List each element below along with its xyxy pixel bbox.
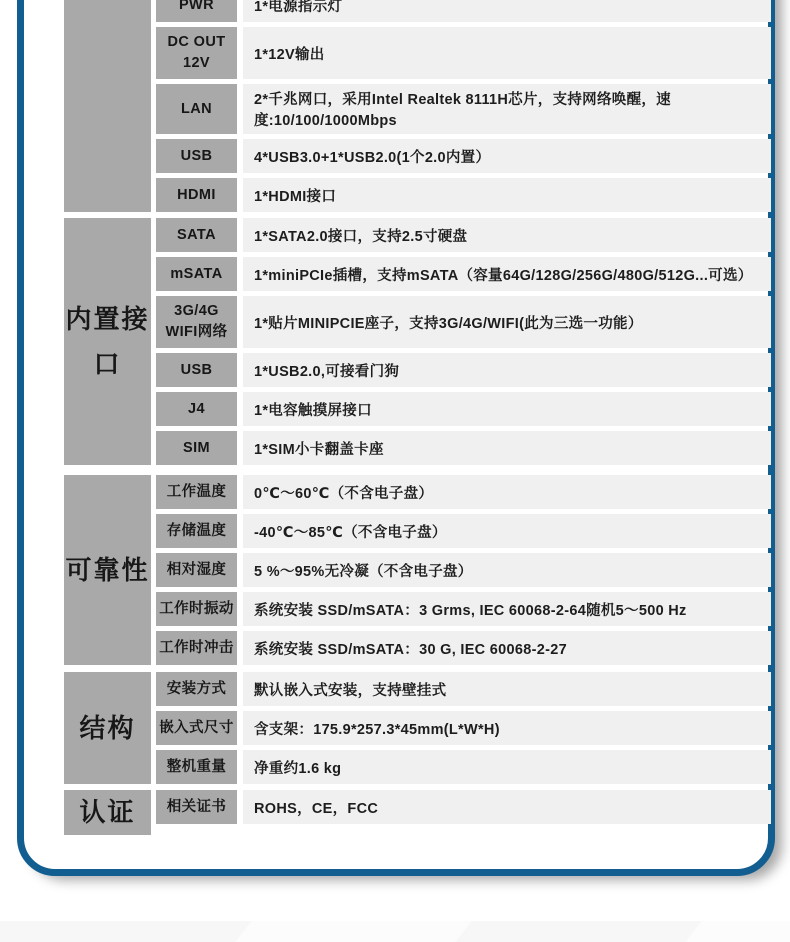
table-row: mSATA 1*miniPCIe插槽，支持mSATA（容量64G/128G/25… <box>156 257 771 291</box>
table-row: 相关证书 ROHS，CE，FCC <box>156 790 771 824</box>
spec-value-cell: ROHS，CE，FCC <box>243 790 771 824</box>
table-row: SIM 1*SIM小卡翻盖卡座 <box>156 431 771 465</box>
spec-label-cell: 存储温度 <box>156 514 237 548</box>
spec-value-cell: 1*SATA2.0接口，支持2.5寸硬盘 <box>243 218 771 252</box>
spec-label-cell: SATA <box>156 218 237 252</box>
section-rows: RemoteSW 1*远程开关，为绿色凤凰端子带指示灯（5V） PWR 1*电源… <box>156 0 771 212</box>
spec-value-cell: 2*千兆网口，采用Intel Realtek 8111H芯片，支持网络唤醒，速度… <box>243 84 771 134</box>
spec-section: 内置接口 SATA 1*SATA2.0接口，支持2.5寸硬盘 mSATA 1*m… <box>64 218 771 465</box>
category-cell: 内置接口 <box>64 218 151 465</box>
spec-label-cell: 3G/4G WIFI网络 <box>156 296 237 348</box>
page: { "theme": { "border_blue": "#135e90", "… <box>0 0 790 942</box>
spec-value-cell: 5 %～95%无冷凝（不含电子盘） <box>243 553 771 587</box>
section-rows: 相关证书 ROHS，CE，FCC <box>156 790 771 835</box>
spec-value-cell: 1*HDMI接口 <box>243 178 771 212</box>
table-row: USB 1*USB2.0,可接看门狗 <box>156 353 771 387</box>
spec-label-cell: 工作时振动 <box>156 592 237 626</box>
table-row: 存储温度 -40℃～85℃（不含电子盘） <box>156 514 771 548</box>
spec-label-cell: J4 <box>156 392 237 426</box>
table-row: SATA 1*SATA2.0接口，支持2.5寸硬盘 <box>156 218 771 252</box>
spec-label-cell: 整机重量 <box>156 750 237 784</box>
spec-section: 结构 安装方式 默认嵌入式安装，支持壁挂式 嵌入式尺寸 含支架：175.9*25… <box>64 672 771 784</box>
spec-value-cell: 4*USB3.0+1*USB2.0(1个2.0内置） <box>243 139 771 173</box>
spec-label-cell: 相对湿度 <box>156 553 237 587</box>
spec-label-cell: 安装方式 <box>156 672 237 706</box>
table-row: 工作时冲击 系统安装 SSD/mSATA：30 G, IEC 60068-2-2… <box>156 631 771 665</box>
spec-value-cell: 系统安装 SSD/mSATA：3 Grms, IEC 60068-2-64随机5… <box>243 592 771 626</box>
table-row: 工作温度 0℃～60℃（不含电子盘） <box>156 475 771 509</box>
bottom-decorative-strip <box>0 921 790 942</box>
spec-label-cell: SIM <box>156 431 237 465</box>
spec-value-cell: 1*电源指示灯 <box>243 0 771 22</box>
spec-value-cell: 1*12V输出 <box>243 27 771 79</box>
spec-table: RemoteSW 1*远程开关，为绿色凤凰端子带指示灯（5V） PWR 1*电源… <box>64 0 771 835</box>
table-row: DC OUT 12V 1*12V输出 <box>156 27 771 79</box>
category-cell: 可靠性 <box>64 475 151 665</box>
section-rows: 工作温度 0℃～60℃（不含电子盘） 存储温度 -40℃～85℃（不含电子盘） … <box>156 475 771 665</box>
spec-value-cell: 1*电容触摸屏接口 <box>243 392 771 426</box>
section-rows: SATA 1*SATA2.0接口，支持2.5寸硬盘 mSATA 1*miniPC… <box>156 218 771 465</box>
spec-section: RemoteSW 1*远程开关，为绿色凤凰端子带指示灯（5V） PWR 1*电源… <box>64 0 771 212</box>
spec-section: 可靠性 工作温度 0℃～60℃（不含电子盘） 存储温度 -40℃～85℃（不含电… <box>64 475 771 665</box>
spec-label-cell: HDMI <box>156 178 237 212</box>
table-row: 相对湿度 5 %～95%无冷凝（不含电子盘） <box>156 553 771 587</box>
spec-value-cell: 默认嵌入式安装，支持壁挂式 <box>243 672 771 706</box>
spec-value-cell: 1*USB2.0,可接看门狗 <box>243 353 771 387</box>
section-rows: 安装方式 默认嵌入式安装，支持壁挂式 嵌入式尺寸 含支架：175.9*257.3… <box>156 672 771 784</box>
spec-label-cell: PWR <box>156 0 237 22</box>
spec-value-cell: 1*贴片MINIPCIE座子，支持3G/4G/WIFI(此为三选一功能） <box>243 296 771 348</box>
spec-label-cell: USB <box>156 353 237 387</box>
table-row: PWR 1*电源指示灯 <box>156 0 771 22</box>
spec-value-cell: 净重约1.6 kg <box>243 750 771 784</box>
spec-label-cell: 相关证书 <box>156 790 237 824</box>
table-row: LAN 2*千兆网口，采用Intel Realtek 8111H芯片，支持网络唤… <box>156 84 771 134</box>
table-row: USB 4*USB3.0+1*USB2.0(1个2.0内置） <box>156 139 771 173</box>
spec-value-cell: 系统安装 SSD/mSATA：30 G, IEC 60068-2-27 <box>243 631 771 665</box>
category-cell <box>64 0 151 212</box>
table-row: 安装方式 默认嵌入式安装，支持壁挂式 <box>156 672 771 706</box>
table-row: 3G/4G WIFI网络 1*贴片MINIPCIE座子，支持3G/4G/WIFI… <box>156 296 771 348</box>
spec-value-cell: 含支架：175.9*257.3*45mm(L*W*H) <box>243 711 771 745</box>
spec-label-cell: USB <box>156 139 237 173</box>
spec-label-cell: 工作时冲击 <box>156 631 237 665</box>
spec-value-cell: 1*miniPCIe插槽，支持mSATA（容量64G/128G/256G/480… <box>243 257 771 291</box>
table-row: 嵌入式尺寸 含支架：175.9*257.3*45mm(L*W*H) <box>156 711 771 745</box>
spec-section: 认证 相关证书 ROHS，CE，FCC <box>64 790 771 835</box>
spec-card: RemoteSW 1*远程开关，为绿色凤凰端子带指示灯（5V） PWR 1*电源… <box>17 0 775 876</box>
table-row: 工作时振动 系统安装 SSD/mSATA：3 Grms, IEC 60068-2… <box>156 592 771 626</box>
spec-label-cell: 工作温度 <box>156 475 237 509</box>
spec-label-cell: mSATA <box>156 257 237 291</box>
spec-label-cell: 嵌入式尺寸 <box>156 711 237 745</box>
category-cell: 认证 <box>64 790 151 835</box>
spec-value-cell: 1*SIM小卡翻盖卡座 <box>243 431 771 465</box>
table-row: HDMI 1*HDMI接口 <box>156 178 771 212</box>
spec-label-cell: LAN <box>156 84 237 134</box>
spec-value-cell: 0℃～60℃（不含电子盘） <box>243 475 771 509</box>
table-row: 整机重量 净重约1.6 kg <box>156 750 771 784</box>
table-row: J4 1*电容触摸屏接口 <box>156 392 771 426</box>
category-cell: 结构 <box>64 672 151 784</box>
spec-value-cell: -40℃～85℃（不含电子盘） <box>243 514 771 548</box>
spec-label-cell: DC OUT 12V <box>156 27 237 79</box>
